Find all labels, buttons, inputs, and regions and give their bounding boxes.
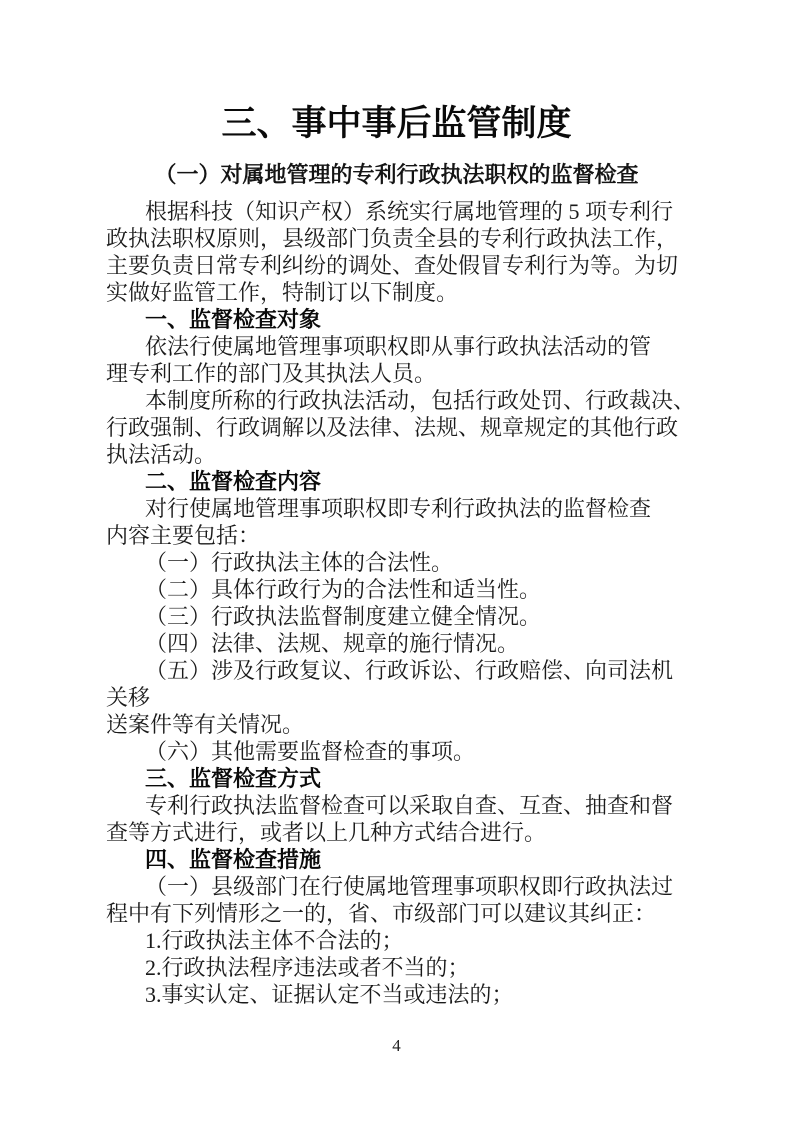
body-text-line: （一）县级部门在行使属地管理事项职权即行政执法过: [106, 873, 681, 900]
body-text-line: 3.事实认定、证据认定不当或违法的；: [106, 981, 681, 1008]
body-text-line: 根据科技（知识产权）系统实行属地管理的 5 项专利行: [106, 198, 681, 225]
page-number: 4: [0, 1036, 793, 1056]
body-text-line: （四）法律、法规、规章的施行情况。: [106, 630, 681, 657]
body-text-line: 内容主要包括：: [106, 522, 681, 549]
body-text-line: 2.行政执法程序违法或者不当的；: [106, 954, 681, 981]
body-text-line: 查等方式进行，或者以上几种方式结合进行。: [106, 819, 681, 846]
document-page: 三、事中事后监管制度 （一）对属地管理的专利行政执法职权的监督检查 根据科技（知…: [0, 0, 793, 1122]
body-text-line: 行政强制、行政调解以及法律、法规、规章规定的其他行政: [106, 414, 681, 441]
body-text-line: （二）具体行政行为的合法性和适当性。: [106, 576, 681, 603]
body-text-line: 本制度所称的行政执法活动，包括行政处罚、行政裁决、: [106, 387, 681, 414]
body-text-line: 主要负责日常专利纠纷的调处、查处假冒专利行为等。为切: [106, 252, 681, 279]
body-text-line: 关移: [106, 684, 681, 711]
section-heading: 一、监督检查对象: [106, 306, 681, 333]
document-title: 三、事中事后监管制度: [0, 0, 793, 147]
body-text-line: 实做好监管工作，特制订以下制度。: [106, 279, 681, 306]
body-text-line: 依法行使属地管理事项职权即从事行政执法活动的管: [106, 333, 681, 360]
body-text-line: （三）行政执法监督制度建立健全情况。: [106, 603, 681, 630]
section-heading: 二、监督检查内容: [106, 468, 681, 495]
body-text-line: 1.行政执法主体不合法的；: [106, 927, 681, 954]
body-text-line: 政执法职权原则，县级部门负责全县的专利行政执法工作，: [106, 225, 681, 252]
body-text-line: （一）行政执法主体的合法性。: [106, 549, 681, 576]
body-text-line: 专利行政执法监督检查可以采取自查、互查、抽查和督: [106, 792, 681, 819]
body-text-line: 理专利工作的部门及其执法人员。: [106, 360, 681, 387]
body-text-line: 执法活动。: [106, 441, 681, 468]
body-text-line: 送案件等有关情况。: [106, 711, 681, 738]
document-body: 根据科技（知识产权）系统实行属地管理的 5 项专利行政执法职权原则，县级部门负责…: [0, 198, 793, 1008]
document-subtitle: （一）对属地管理的专利行政执法职权的监督检查: [0, 162, 793, 188]
section-heading: 四、监督检查措施: [106, 846, 681, 873]
body-text-line: （五）涉及行政复议、行政诉讼、行政赔偿、向司法机: [106, 657, 681, 684]
body-text-line: 对行使属地管理事项职权即专利行政执法的监督检查: [106, 495, 681, 522]
section-heading: 三、监督检查方式: [106, 765, 681, 792]
body-text-line: （六）其他需要监督检查的事项。: [106, 738, 681, 765]
body-text-line: 程中有下列情形之一的，省、市级部门可以建议其纠正：: [106, 900, 681, 927]
